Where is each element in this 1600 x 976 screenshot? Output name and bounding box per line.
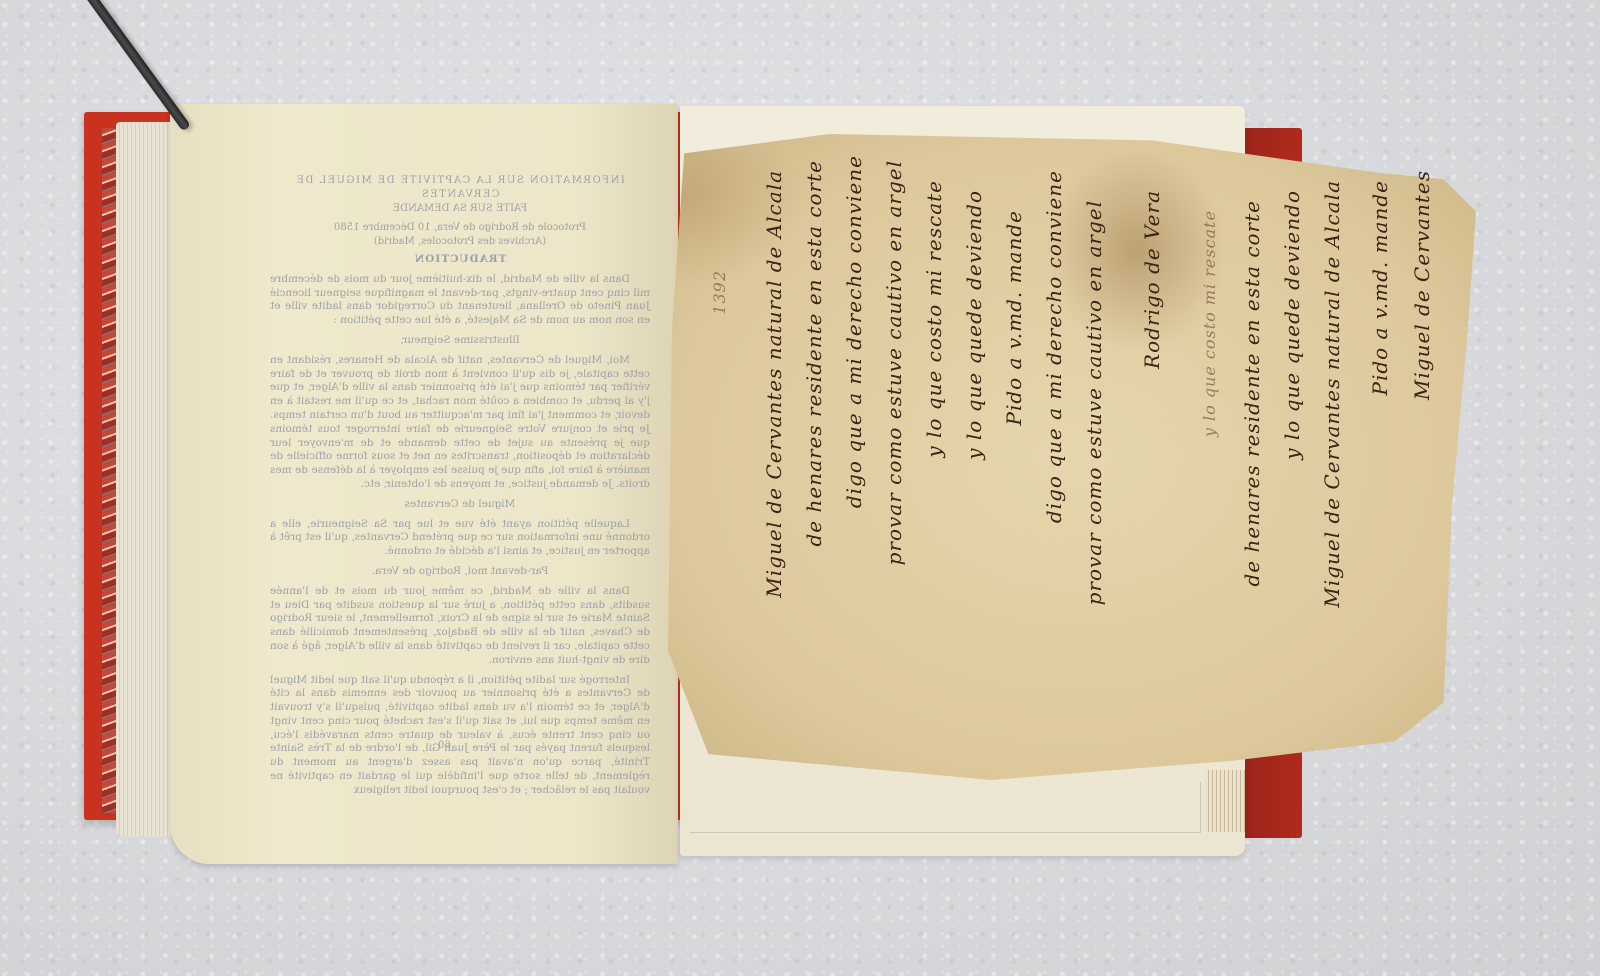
protocol-line: Protocole de Rodrigo de Vera, 10 Décembr…: [270, 221, 650, 235]
paragraph: Interrogé sur ladite pétition, il a répo…: [270, 674, 650, 798]
signature: Miguel de Cervantes: [270, 498, 650, 512]
handwritten-line: de henares residente en esta corte: [1240, 200, 1264, 587]
paragraph: Laquelle pétition ayant été vue et lue p…: [270, 518, 650, 559]
handwritten-line: y lo que quede deviendo: [1280, 190, 1304, 460]
paragraph: Dans la ville de Madrid, le dix-huitième…: [270, 273, 650, 328]
page-fold-edge: [690, 782, 1201, 833]
notary-line: Par-devant moi, Rodrigo de Vera.: [270, 565, 650, 579]
handwritten-line: provar como estuve cautivo en argel: [1082, 200, 1106, 605]
handwritten-line: y lo que costo mi rescate: [1200, 210, 1219, 437]
handwritten-line: Miguel de Cervantes natural de Alcala: [1320, 180, 1344, 608]
marginal-number: 1392: [710, 270, 729, 315]
handwriting-columns: 1392 Miguel de Cervantes natural de Alca…: [700, 150, 1460, 750]
left-page: INFORMATION SUR LA CAPTIVITÉ DE MIGUEL D…: [170, 104, 678, 864]
section-title: TRADUCTION: [270, 253, 650, 267]
handwritten-line: de henares residente en esta corte: [802, 160, 826, 547]
handwritten-line: Pido a v.md. mande: [1002, 210, 1026, 426]
running-header: INFORMATION SUR LA CAPTIVITÉ DE MIGUEL D…: [270, 174, 650, 202]
handwritten-line: digo que a mi derecho conviene: [1042, 170, 1066, 523]
paragraph: Moi, Miguel de Cervantes, natif de Alcal…: [270, 354, 650, 492]
page-stack-right: [1205, 770, 1245, 832]
salutation: Illustrissime Seigneur,: [270, 334, 650, 348]
handwritten-line: y lo que quede deviendo: [962, 190, 986, 460]
paragraph: Dans la ville de Madrid, ce même jour du…: [270, 585, 650, 668]
handwritten-line: Pido a v.md. mande: [1368, 180, 1392, 396]
archive-line: (Archives des Protocoles, Madrid): [270, 235, 650, 249]
show-through-text: INFORMATION SUR LA CAPTIVITÉ DE MIGUEL D…: [270, 174, 650, 804]
handwritten-line: Miguel de Cervantes natural de Alcala: [762, 170, 786, 598]
handwritten-line: digo que a mi derecho conviene: [842, 155, 866, 508]
page-number: 60: [438, 740, 451, 751]
subheader: FAITE SUR SA DEMANDE: [270, 202, 650, 216]
cervantes-signature: Miguel de Cervantes: [1410, 170, 1434, 400]
handwritten-line: y lo que costo mi rescate: [922, 180, 946, 458]
handwritten-line: provar como estuve cautivo en argel: [882, 160, 906, 565]
notary-signature: Rodrigo de Vera: [1140, 190, 1164, 369]
